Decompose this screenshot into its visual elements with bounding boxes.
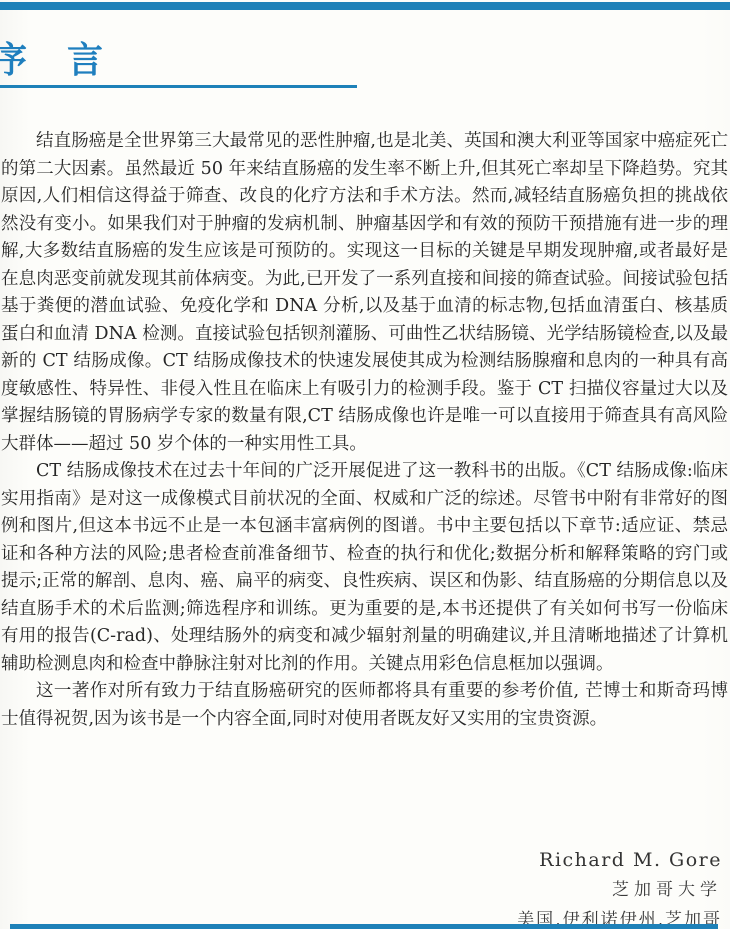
preface-body: 结直肠癌是全世界第三大最常见的恶性肿瘤,也是北美、英国和澳大利亚等国家中癌症死亡… [0, 128, 730, 733]
author-name: Richard M. Gore [517, 845, 722, 875]
title-underline [0, 85, 357, 88]
bottom-border-bar [10, 924, 718, 929]
author-affiliation: 芝加哥大学 [517, 875, 722, 905]
preface-paragraph-2: CT 结肠成像技术在过去十年间的广泛开展促进了这一教科书的出版。《CT 结肠成像… [1, 458, 728, 678]
signature-block: Richard M. Gore 芝加哥大学 美国,伊利诺伊州,芝加哥 [517, 845, 722, 929]
top-border-bar [0, 2, 730, 10]
preface-paragraph-3: 这一著作对所有致力于结直肠癌研究的医师都将具有重要的参考价值, 芒博士和斯奇玛博… [1, 678, 728, 733]
preface-page: 序 言 结直肠癌是全世界第三大最常见的恶性肿瘤,也是北美、英国和澳大利亚等国家中… [0, 43, 730, 733]
page-title: 序 言 [0, 43, 730, 79]
preface-paragraph-1: 结直肠癌是全世界第三大最常见的恶性肿瘤,也是北美、英国和澳大利亚等国家中癌症死亡… [1, 128, 728, 458]
